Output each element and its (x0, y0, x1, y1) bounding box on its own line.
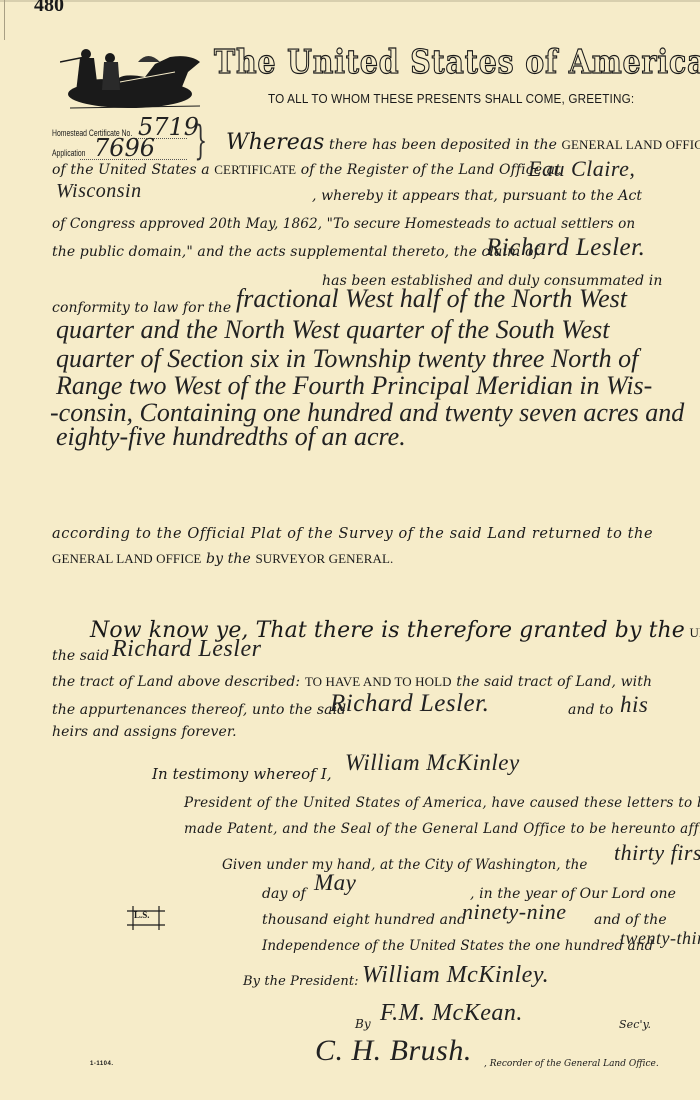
land-description-line6: eighty-five hundredths of an acre. (56, 422, 406, 452)
recorder-label: , Recorder of the General Land Office. (484, 1059, 659, 1069)
given-line3: thousand eight hundred and (262, 912, 466, 928)
given-line3-b: and of the (594, 912, 667, 928)
text: the said tract of Land, with (456, 674, 652, 690)
para3-line2: the said (52, 648, 109, 664)
recorder-signature: C. H. Brush. (315, 1034, 472, 1068)
text: by the (206, 551, 251, 567)
testimony-line2: President of the United States of Americ… (184, 795, 700, 811)
text: there has been deposited in the (329, 137, 557, 153)
month-value: May (314, 870, 356, 896)
form-number: 1-1104. (90, 1061, 114, 1067)
para1-line4: of Congress approved 20th May, 1862, "To… (52, 216, 635, 232)
text-caps: SURVEYOR GENERAL. (255, 551, 393, 566)
land-description-line1: fractional West half of the North West (236, 284, 627, 314)
year-value: ninety-nine (462, 899, 566, 925)
given-line4: Independence of the United States the on… (262, 938, 653, 954)
president-signature: William McKinley. (362, 962, 549, 989)
scan-border-top (0, 0, 700, 2)
land-description-line3: quarter of Section six in Township twent… (56, 344, 638, 374)
claimant-name: Richard Lesler. (486, 234, 645, 262)
farm-plowing-vignette-icon (60, 42, 210, 112)
para1-line3: , whereby it appears that, pursuant to t… (312, 188, 642, 204)
by-label: By (355, 1017, 371, 1031)
brace: } (194, 118, 207, 164)
text-caps: CERTIFICATE (214, 162, 296, 177)
text-caps: UNITED STATES (690, 625, 700, 640)
text-caps: TO HAVE AND TO HOLD (305, 674, 452, 689)
president-name-testimony: William McKinley (345, 750, 520, 776)
independence-year-value: twenty-third (620, 928, 700, 949)
text-caps: GENERAL LAND OFFICE (52, 551, 201, 566)
heirs-pronoun: his (620, 692, 648, 718)
para3-line4-b: and to (568, 702, 613, 718)
document-title: The United States of America, (214, 42, 700, 81)
para1-line5: the public domain," and the acts supplem… (52, 244, 539, 260)
grantee-name: Richard Lesler (112, 636, 261, 663)
para3-line5: heirs and assigns forever. (52, 724, 237, 740)
secretary-abbrev: Sec'y. (619, 1018, 651, 1031)
text: of the United States a (52, 162, 210, 178)
para2-line1: according to the Official Plat of the Su… (52, 526, 653, 542)
para3-line3: the tract of Land above described: TO HA… (52, 674, 652, 690)
whereas-initial: Whereas (226, 130, 324, 155)
page-number: 480 (34, 0, 64, 17)
land-office-location: Eau Claire, (528, 156, 635, 182)
by-president-label: By the President: (243, 974, 359, 989)
day-value: thirty first (614, 840, 700, 866)
secretary-signature: F.M. McKean. (380, 1000, 523, 1027)
para1-line7: conformity to law for the (52, 300, 231, 316)
para2-line2: GENERAL LAND OFFICE by the SURVEYOR GENE… (52, 551, 393, 567)
land-description-line4: Range two West of the Fourth Principal M… (56, 371, 652, 401)
text-caps: GENERAL LAND OFFICE (562, 137, 700, 152)
para3-line4: the appurtenances thereof, unto the said (52, 702, 346, 718)
text: of the Register of the Land Office at (301, 162, 561, 178)
given-line2: day of (262, 886, 306, 902)
para1-line1: Whereas there has been deposited in the … (226, 130, 700, 155)
land-description-line2: quarter and the North West quarter of th… (56, 315, 609, 345)
para1-line2: of the United States a CERTIFICATE of th… (52, 162, 561, 178)
greeting: TO ALL TO WHOM THESE PRESENTS SHALL COME… (268, 91, 634, 106)
given-line1: Given under my hand, at the City of Wash… (222, 857, 588, 873)
text: the tract of Land above described: (52, 674, 300, 690)
testimony-line3: made Patent, and the Seal of the General… (184, 821, 700, 837)
state-name: Wisconsin (56, 180, 142, 203)
seal-label: L.S. (134, 910, 150, 920)
testimony-line1: In testimony whereof I, (152, 765, 332, 783)
scan-border-left (4, 0, 5, 40)
application-number: 7696 (94, 134, 155, 162)
grantee-name-2: Richard Lesler. (330, 690, 489, 718)
